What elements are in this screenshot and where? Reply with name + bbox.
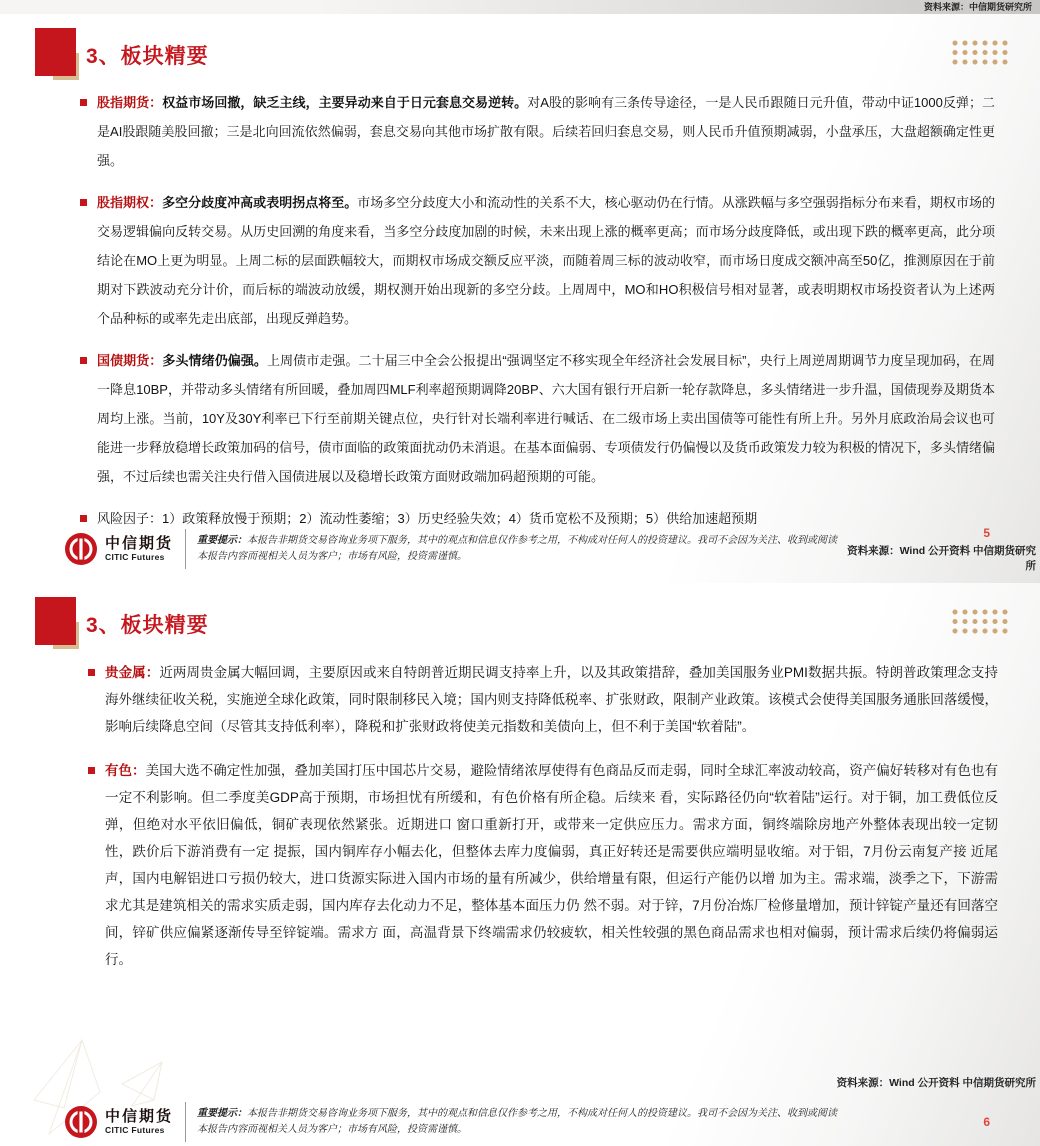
bullet-list: 贵金属：近两周贵金属大幅回调，主要原因或来自特朗普近期民调支持率上升，以及其政策…	[88, 659, 998, 973]
disclaimer-text: 重要提示：本报告非期货交易咨询业务项下服务，其中的观点和信息仅作参考之用，不构成…	[197, 533, 837, 565]
title-row: 3、板块精要	[0, 14, 1040, 84]
bullet-square-icon	[88, 669, 95, 676]
dot-grid-decoration	[952, 609, 1012, 637]
bullet-lead: 股指期货：	[97, 95, 162, 110]
brand-text: 中信期货 CITIC Futures	[105, 536, 173, 562]
title-red-square-decoration	[35, 597, 76, 645]
bullet-square-icon	[80, 357, 87, 364]
bullet-square-icon	[80, 99, 87, 106]
disclaimer-line2: 本报告内容而视相关人员为客户；市场有风险，投资需谨慎。	[197, 551, 467, 562]
brand-name-cn: 中信期货	[105, 536, 173, 552]
previous-page-source: 资料来源：中信期货研究所	[924, 2, 1032, 12]
bullet-treasury-futures: 国债期货：多头情绪仍偏强。上周债市走强。二十届三中全会公报提出“强调坚定不移实现…	[80, 346, 995, 491]
disclaimer-line1: 本报告非期货交易咨询业务项下服务，其中的观点和信息仅作参考之用，不构成对任何人的…	[247, 535, 837, 546]
footer-right: 6	[983, 1113, 1036, 1131]
bullet-emphasis: 权益市场回撤，缺乏主线，主要异动来自于日元套息交易逆转。	[162, 95, 527, 110]
footer-right: 5 资料来源：Wind 公开资料 中信期货研究所	[837, 526, 1036, 573]
page-footer: 中信期货 CITIC Futures 重要提示：本报告非期货交易咨询业务项下服务…	[0, 523, 1040, 583]
data-source: 资料来源：Wind 公开资料 中信期货研究所	[837, 543, 1036, 573]
bullet-text: 近两周贵金属大幅回调，主要原因或来自特朗普近期民调支持率上升，以及其政策措辞，叠…	[105, 665, 998, 734]
disclaimer-line2: 本报告内容而视相关人员为客户；市场有风险，投资需谨慎。	[197, 1124, 467, 1135]
bullet-lead: 贵金属：	[105, 665, 159, 680]
brand-text: 中信期货 CITIC Futures	[105, 1109, 173, 1135]
bullet-emphasis: 多空分歧度冲高或表明拐点将至。	[162, 195, 357, 210]
citic-logo-icon	[64, 532, 98, 566]
title-red-square-decoration	[35, 28, 76, 76]
report-page-6: 3、板块精要 贵金属：近两周贵金属大幅回调，主要原因或来自特朗普近期民调支持率上…	[0, 583, 1040, 1146]
bullet-text: 美国大选不确定性加强，叠加美国打压中国芯片交易，避险情绪浓厚使得有色商品反而走弱…	[105, 763, 998, 967]
bullet-lead: 有色：	[105, 763, 146, 778]
title-row: 3、板块精要	[0, 583, 1040, 653]
previous-page-footer-strip: 资料来源：中信期货研究所	[0, 0, 1040, 14]
bullet-emphasis: 多头情绪仍偏强。	[162, 353, 267, 368]
citic-logo-icon	[64, 1105, 98, 1139]
bullet-list: 股指期货：权益市场回撤，缺乏主线，主要异动来自于日元套息交易逆转。对A股的影响有…	[80, 88, 995, 533]
bullet-precious-metals: 贵金属：近两周贵金属大幅回调，主要原因或来自特朗普近期民调支持率上升，以及其政策…	[88, 659, 998, 740]
data-source: 资料来源：Wind 公开资料 中信期货研究所	[64, 1075, 1036, 1090]
disclaimer-text: 重要提示：本报告非期货交易咨询业务项下服务，其中的观点和信息仅作参考之用，不构成…	[197, 1106, 837, 1138]
bullet-stock-index-options: 股指期权：多空分歧度冲高或表明拐点将至。市场多空分歧度大小和流动性的关系不大，核…	[80, 188, 995, 333]
bullet-lead: 股指期权：	[97, 195, 162, 210]
brand-name-en: CITIC Futures	[105, 552, 173, 562]
footer-divider	[185, 529, 186, 569]
disclaimer-line1: 本报告非期货交易咨询业务项下服务，其中的观点和信息仅作参考之用，不构成对任何人的…	[247, 1108, 837, 1119]
bullet-square-icon	[88, 767, 95, 774]
section-title: 3、板块精要	[86, 40, 209, 70]
bullet-text: 市场多空分歧度大小和流动性的关系不大，核心驱动仍在行情。从涨跌幅与多空强弱指标分…	[97, 195, 995, 326]
bullet-stock-index-futures: 股指期货：权益市场回撤，缺乏主线，主要异动来自于日元套息交易逆转。对A股的影响有…	[80, 88, 995, 175]
section-title: 3、板块精要	[86, 609, 209, 639]
brand-name-cn: 中信期货	[105, 1109, 173, 1125]
bullet-square-icon	[80, 515, 87, 522]
bullet-lead: 国债期货：	[97, 353, 162, 368]
page-footer: 资料来源：Wind 公开资料 中信期货研究所 中信期货 CITIC Future…	[0, 1075, 1040, 1146]
citic-futures-logo: 中信期货 CITIC Futures	[64, 532, 173, 566]
bullet-base-metals: 有色：美国大选不确定性加强，叠加美国打压中国芯片交易，避险情绪浓厚使得有色商品反…	[88, 757, 998, 973]
page-number: 5	[837, 526, 990, 540]
page-number: 6	[983, 1115, 990, 1129]
bullet-text: 上周债市走强。二十届三中全会公报提出“强调坚定不移实现全年经济社会发展目标”，央…	[97, 353, 995, 484]
bullet-square-icon	[80, 199, 87, 206]
dot-grid-decoration	[952, 40, 1012, 68]
report-page-5: 3、板块精要 股指期货：权益市场回撤，缺乏主线，主要异动来自于日元套息交易逆转。…	[0, 14, 1040, 583]
disclaimer-label: 重要提示：	[197, 535, 247, 546]
footer-divider	[185, 1102, 186, 1142]
disclaimer-label: 重要提示：	[197, 1108, 247, 1119]
brand-name-en: CITIC Futures	[105, 1125, 173, 1135]
footer-bottom-row: 中信期货 CITIC Futures 重要提示：本报告非期货交易咨询业务项下服务…	[64, 1102, 1036, 1142]
citic-futures-logo: 中信期货 CITIC Futures	[64, 1105, 173, 1139]
